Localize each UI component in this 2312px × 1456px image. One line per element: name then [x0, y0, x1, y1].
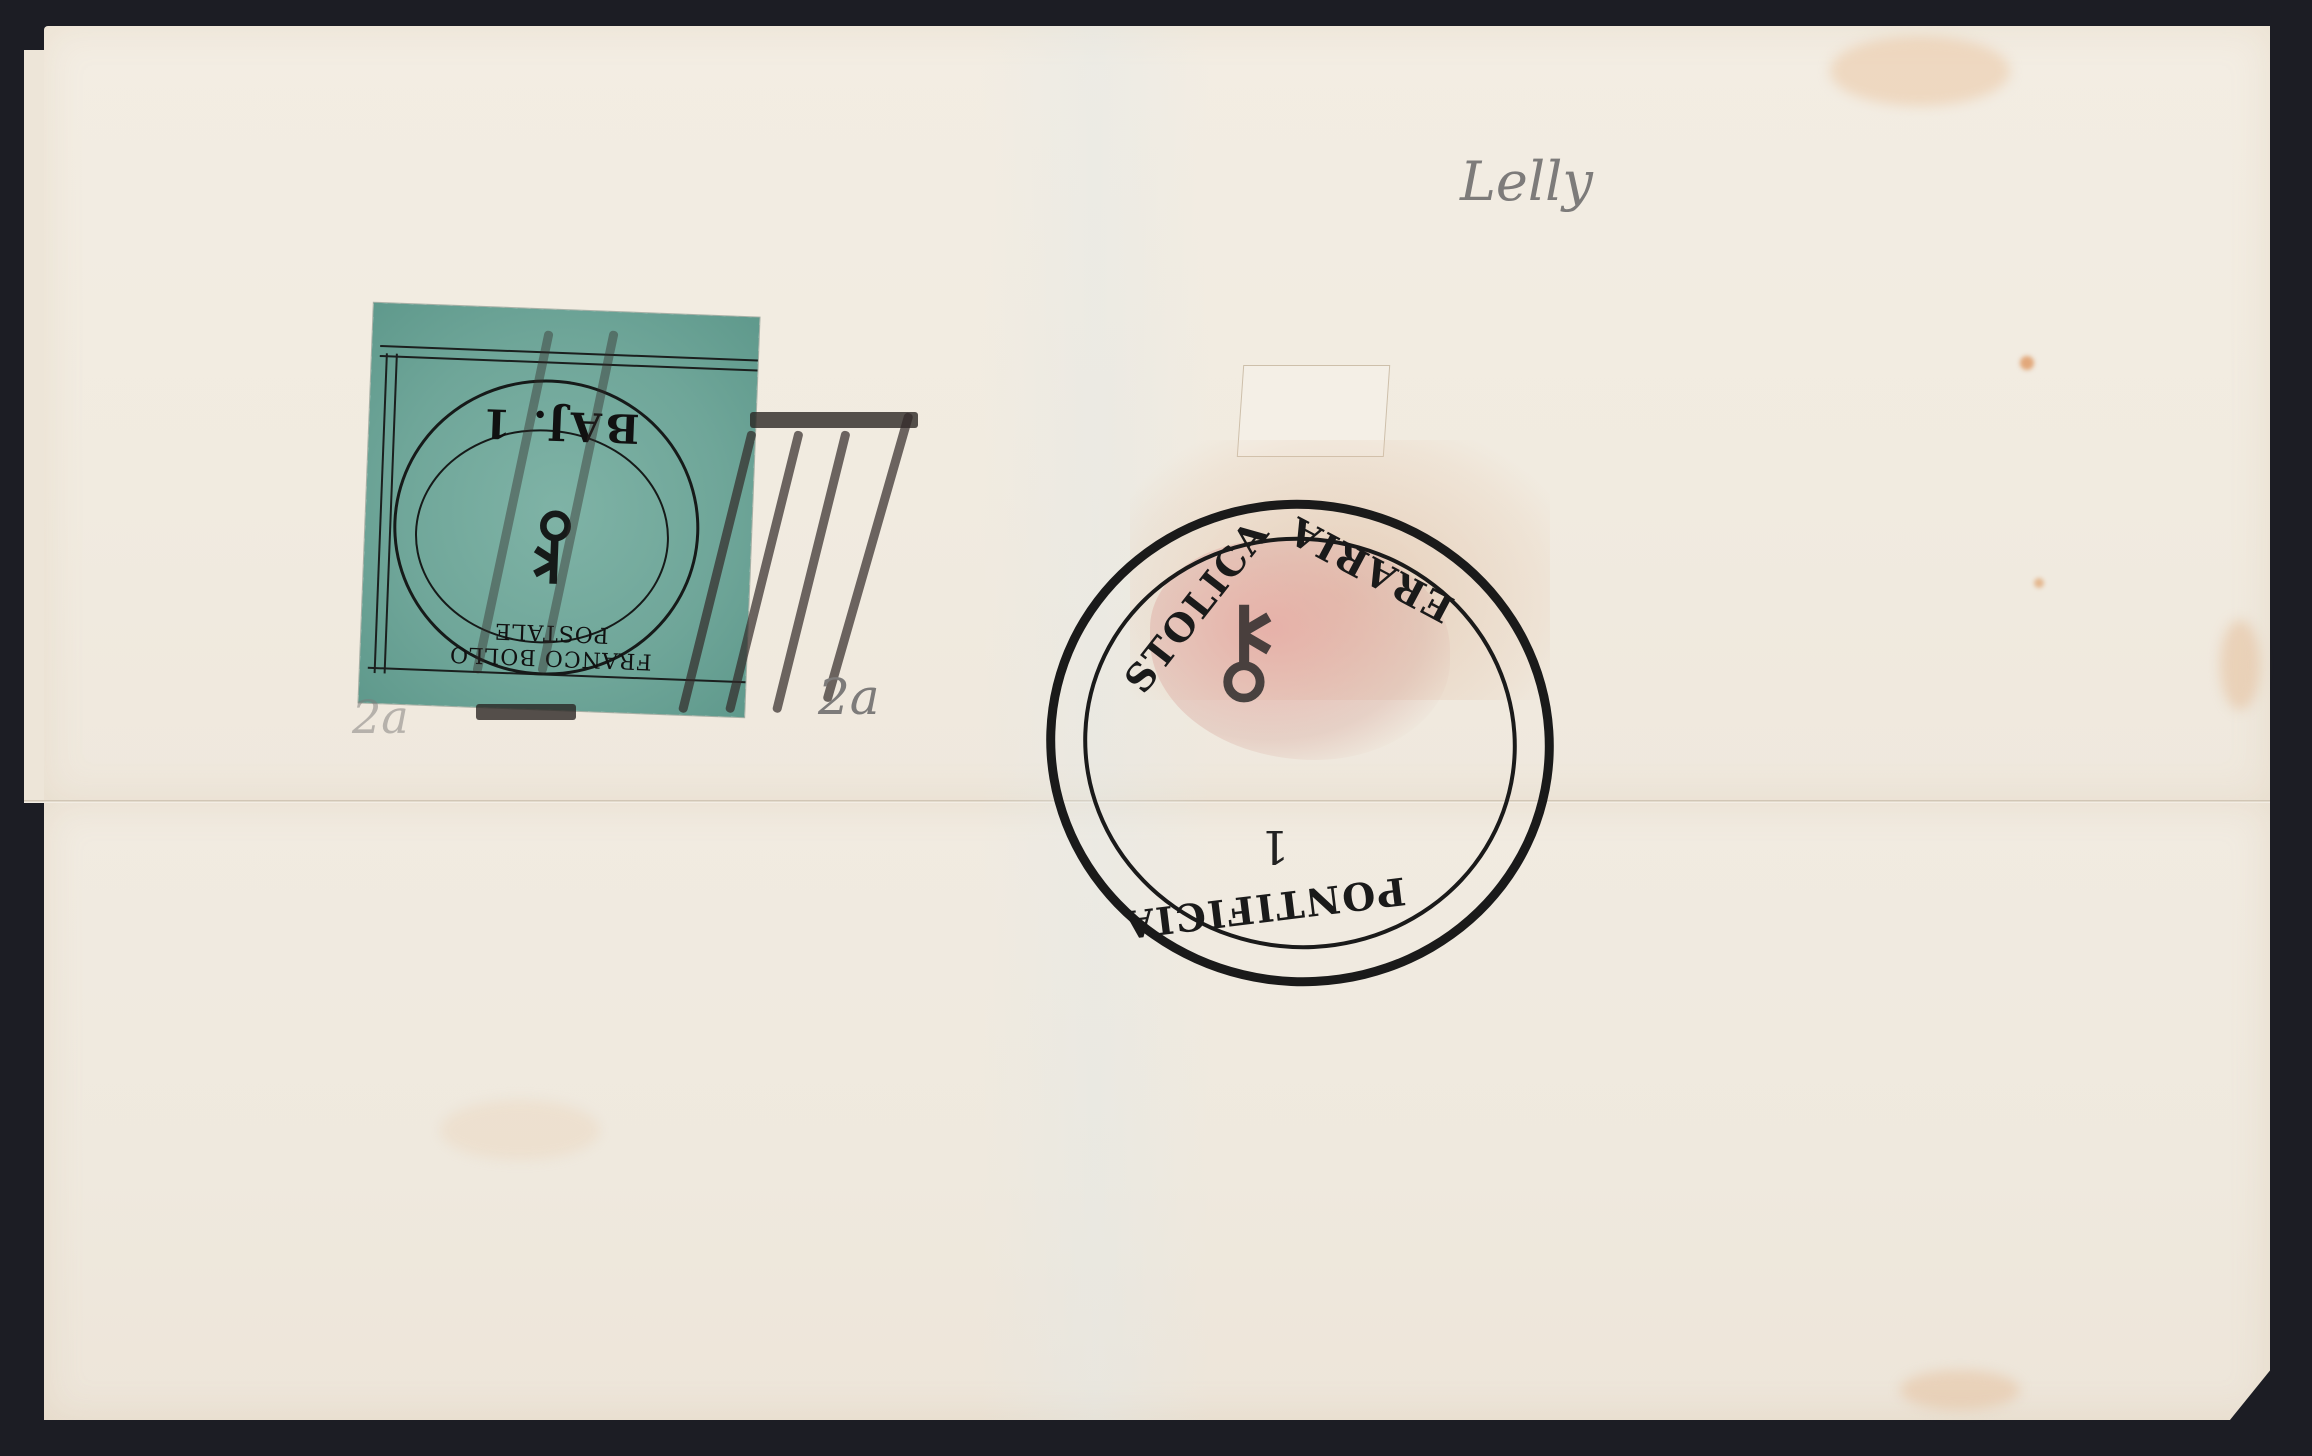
cancel-bar	[750, 412, 918, 428]
foxing-stain	[1900, 1370, 2020, 1410]
stamp-value: BAJ. 1	[458, 398, 660, 453]
foxing-stain	[2020, 356, 2034, 370]
seal-date: 1	[1260, 820, 1289, 874]
crossed-keys-icon: ⚷	[1200, 580, 1288, 719]
foxing-stain	[1830, 36, 2010, 106]
foxing-stain	[440, 1100, 600, 1160]
pencil-note: 2a	[352, 690, 409, 744]
letter-photo: BAJ. 1 ⚷ FRANCO BOLLO POSTALE Lelly 2a 2…	[0, 0, 2312, 1456]
foxing-stain	[2220, 620, 2260, 710]
cancel-bar	[476, 704, 576, 720]
foxing-stain	[2034, 578, 2044, 588]
pencil-signature: Lelly	[1460, 150, 1593, 213]
pencil-note: 2a	[818, 668, 880, 726]
